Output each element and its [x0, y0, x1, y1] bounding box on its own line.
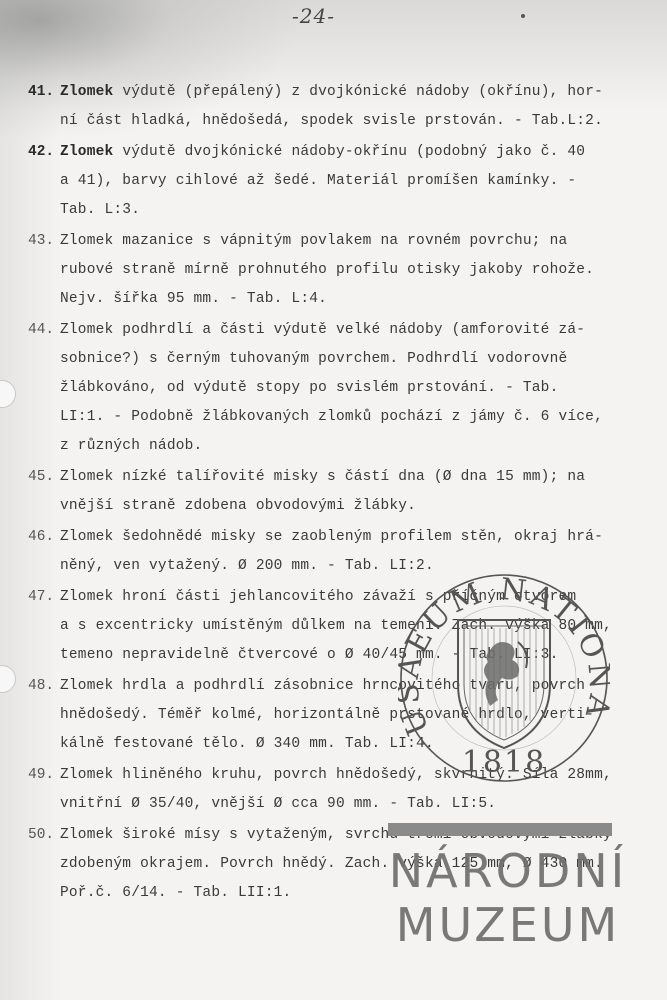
entry-line: vnitřní Ø 35/40, vnější Ø cca 90 mm. - T…	[28, 790, 648, 819]
entry-line: sobnice?) s černým tuhovaným povrchem. P…	[28, 345, 648, 374]
entry-lead: Zlomek	[60, 144, 113, 160]
entry-line: Zlomek mazanice s vápnitým povlakem na r…	[28, 227, 648, 256]
entry-line: a 41), barvy cihlové až šedé. Materiál p…	[28, 167, 648, 196]
entry-line: Zlomek podhrdlí a části výdutě velké nád…	[28, 316, 648, 345]
entry-number: 42.	[28, 138, 60, 167]
entry-number: 43.	[28, 227, 60, 256]
entry-text: výdutě (přepálený) z dvojkónické nádoby …	[113, 84, 603, 100]
catalog-entry: 43.Zlomek mazanice s vápnitým povlakem n…	[28, 227, 648, 314]
catalog-entry: 47.Zlomek hroní části jehlancovitého záv…	[28, 583, 648, 670]
entry-line: Zlomek výdutě (přepálený) z dvojkónické …	[28, 78, 648, 107]
entry-line: Zlomek šedohnědé misky se zaobleným prof…	[28, 523, 648, 552]
entry-line: Zlomek hroní části jehlancovitého závaží…	[28, 583, 648, 612]
scanned-page: -24- 41.Zlomek výdutě (přepálený) z dvoj…	[0, 0, 667, 1000]
entry-number: 41.	[28, 78, 60, 107]
entry-line: Zlomek výdutě dvojkónické nádoby-okřínu …	[28, 138, 648, 167]
entry-list: 41.Zlomek výdutě (přepálený) z dvojkónic…	[28, 78, 648, 910]
page-number: -24-	[292, 4, 335, 28]
entry-line: žlábkováno, od výdutě stopy po svislém p…	[28, 374, 648, 403]
entry-line: LI:1. - Podobně žlábkovaných zlomků poch…	[28, 403, 648, 432]
entry-line: rubové straně mírně prohnutého profilu o…	[28, 256, 648, 285]
catalog-entry: 41.Zlomek výdutě (přepálený) z dvojkónic…	[28, 78, 648, 136]
entry-number: 48.	[28, 672, 60, 701]
entry-line: a s excentricky umístěným důlkem na teme…	[28, 612, 648, 641]
punch-hole	[0, 665, 16, 693]
catalog-entry: 45.Zlomek nízké talířovité misky s částí…	[28, 463, 648, 521]
entry-line: Tab. L:3.	[28, 196, 648, 225]
catalog-entry: 48.Zlomek hrdla a podhrdlí zásobnice hrn…	[28, 672, 648, 759]
entry-text: výdutě dvojkónické nádoby-okřínu (podobn…	[113, 144, 585, 160]
catalog-entry: 49.Zlomek hliněného kruhu, povrch hnědoš…	[28, 761, 648, 819]
entry-line: kálně festované tělo. Ø 340 mm. Tab. LI:…	[28, 730, 648, 759]
entry-number: 50.	[28, 821, 60, 850]
catalog-entry: 44.Zlomek podhrdlí a části výdutě velké …	[28, 316, 648, 461]
watermark-line1: NÁRODNÍ	[388, 848, 628, 894]
entry-lead: Zlomek	[60, 84, 113, 100]
entry-line: něný, ven vytažený. Ø 200 mm. - Tab. LI:…	[28, 552, 648, 581]
entry-line: Zlomek hliněného kruhu, povrch hnědošedý…	[28, 761, 648, 790]
entry-line: Nejv. šířka 95 mm. - Tab. L:4.	[28, 285, 648, 314]
catalog-entry: 42.Zlomek výdutě dvojkónické nádoby-okří…	[28, 138, 648, 225]
catalog-entry: 46.Zlomek šedohnědé misky se zaobleným p…	[28, 523, 648, 581]
entry-number: 45.	[28, 463, 60, 492]
entry-line: Zlomek hrdla a podhrdlí zásobnice hrncov…	[28, 672, 648, 701]
entry-line: temeno nepravidelně čtvercové o Ø 40/45 …	[28, 641, 648, 670]
entry-line: hnědošedý. Téměř kolmé, horizontálně prs…	[28, 701, 648, 730]
ink-dot	[521, 14, 525, 18]
entry-line: vnější straně zdobena obvodovými žlábky.	[28, 492, 648, 521]
entry-number: 46.	[28, 523, 60, 552]
entry-number: 49.	[28, 761, 60, 790]
watermark-bar	[388, 823, 612, 836]
watermark-line2: MUZEUM	[388, 902, 628, 948]
entry-line: ní část hladká, hnědošedá, spodek svisle…	[28, 107, 648, 136]
entry-line: Zlomek nízké talířovité misky s částí dn…	[28, 463, 648, 492]
entry-number: 47.	[28, 583, 60, 612]
punch-hole	[0, 380, 16, 408]
entry-line: z různých nádob.	[28, 432, 648, 461]
entry-number: 44.	[28, 316, 60, 345]
